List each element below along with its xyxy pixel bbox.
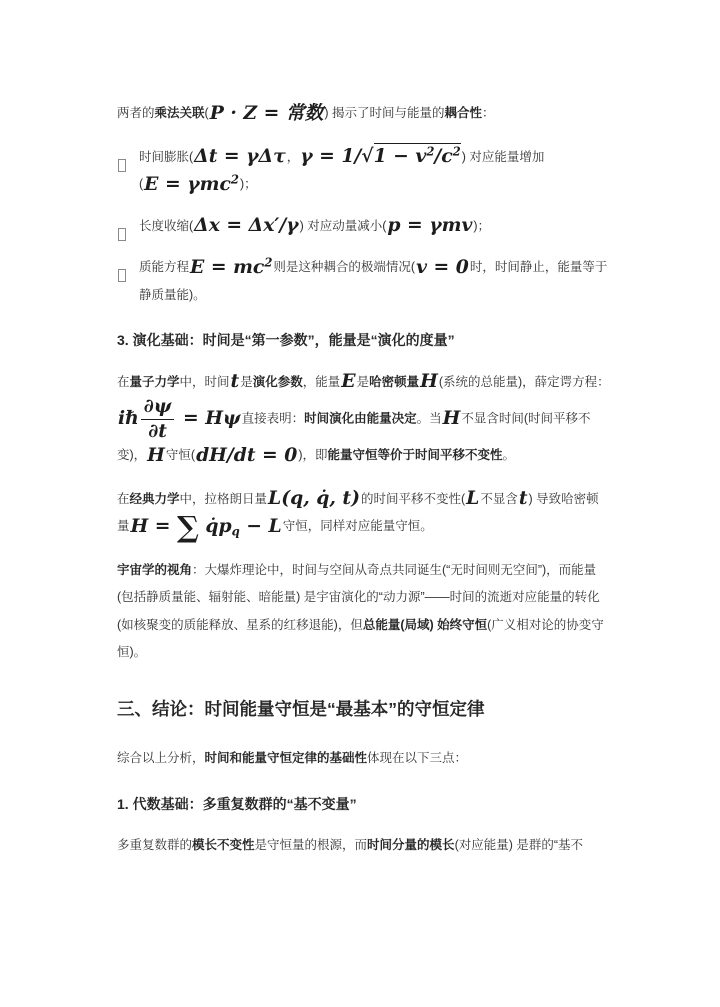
- text-run: 长度收缩(: [139, 219, 193, 233]
- section-heading-minor: 3. 演化基础：时间是“第一参数”，能量是“演化的度量”: [117, 331, 610, 351]
- paragraph: 在量子力学中，时间t是演化参数，能量E是哈密顿量H(系统的总能量)，薛定谔方程：…: [117, 369, 610, 470]
- inline-formula-sqrt: γ = 1/√1 − v2/c2: [299, 145, 462, 167]
- text-run: 。: [503, 448, 516, 462]
- text-run: 则是这种耦合的极端情况(: [273, 260, 415, 274]
- inline-formula: Δt = γΔτ: [193, 145, 287, 167]
- text-run: 是: [357, 375, 370, 389]
- inline-formula: L: [465, 487, 480, 509]
- text-run: 守恒(: [166, 448, 195, 462]
- bold-text-run: 时间和能量守恒定律的基础性: [205, 751, 368, 765]
- bold-text-run: 哈密顿量: [369, 375, 419, 389]
- bold-text-run: 乘法关联: [155, 106, 205, 120]
- inline-formula: L(q, q̇, t): [267, 487, 361, 509]
- bold-text-run: 时间分量的模长: [367, 838, 455, 852]
- list-item: 长度收缩(Δx = Δx′/γ) 对应动量减小(p = γmv)；: [117, 213, 610, 241]
- text-run: 体现在以下三点：: [367, 751, 467, 765]
- bold-text-run: 能量守恒等价于时间平移不变性: [328, 448, 503, 462]
- inline-formula: P · Z = 常数: [209, 102, 325, 124]
- text-run: ) 揭示了时间与能量的: [324, 106, 444, 120]
- text-run: 守恒，同样对应能量守恒。: [283, 519, 433, 533]
- text-run: 。当: [417, 412, 442, 426]
- text-run: 不显含: [480, 492, 518, 506]
- text-run: (对应能量) 是群的“基不: [455, 838, 583, 852]
- text-run: (系统的总能量)，薛定谔方程：: [439, 375, 610, 389]
- text-run: 多重复数群的: [117, 838, 192, 852]
- fraction-denominator: ∂t: [141, 420, 175, 443]
- missing-glyph-bullet-icon: [118, 269, 126, 282]
- fraction-numerator: ∂ψ: [141, 396, 175, 420]
- inline-formula: dH/dt = 0: [195, 444, 298, 466]
- bold-text-run: 经典力学: [130, 492, 180, 506]
- text-run: 时间膨胀(: [139, 150, 193, 164]
- document-content-column: 两者的乘法关联(P · Z = 常数) 揭示了时间与能量的耦合性：时间膨胀(Δt…: [0, 0, 720, 860]
- paragraph: 综合以上分析，时间和能量守恒定律的基础性体现在以下三点：: [117, 745, 610, 773]
- bold-text-run: 时间演化由能量决定: [304, 412, 417, 426]
- text-run: )；: [240, 177, 257, 191]
- text-run: 在: [117, 492, 130, 506]
- bullet-list: 时间膨胀(Δt = γΔτ，γ = 1/√1 − v2/c2) 对应能量增加(E…: [117, 144, 610, 310]
- paragraph: 在经典力学中，拉格朗日量L(q, q̇, t)的时间平移不变性(L不显含t) 导…: [117, 486, 610, 541]
- paragraph: 两者的乘法关联(P · Z = 常数) 揭示了时间与能量的耦合性：: [117, 100, 610, 128]
- inline-formula: Δx = Δx′/γ: [193, 214, 299, 236]
- list-item: 质能方程E = mc2则是这种耦合的极端情况(v = 0时，时间静止，能量等于静…: [117, 254, 610, 309]
- text-run: ) 对应动量减小(: [300, 219, 387, 233]
- text-run: )；: [473, 219, 490, 233]
- list-item: 时间膨胀(Δt = γΔτ，γ = 1/√1 − v2/c2) 对应能量增加(E…: [117, 144, 610, 199]
- section-heading-major: 三、结论：时间能量守恒是“最基本”的守恒定律: [117, 697, 610, 722]
- inline-formula: v = 0: [415, 256, 470, 278]
- inline-formula: E: [340, 370, 356, 392]
- text-run: 是守恒量的根源，而: [255, 838, 368, 852]
- text-run: 质能方程: [139, 260, 189, 274]
- text-run: 的时间平移不变性(: [361, 492, 465, 506]
- text-run: 在: [117, 375, 130, 389]
- inline-formula-sum: H = ∑ q̇pq − L: [130, 515, 283, 537]
- radicand: 1 − v2/c2: [374, 143, 461, 167]
- inline-formula: p = γmv: [386, 214, 473, 236]
- inline-formula: H: [146, 444, 166, 466]
- text-run: 中，拉格朗日量: [180, 492, 268, 506]
- bold-text-run: 演化参数: [253, 375, 303, 389]
- text-run: ，: [287, 150, 300, 164]
- text-run: 中，时间: [180, 375, 230, 389]
- inline-formula: E = mc2: [189, 256, 273, 278]
- bold-text-run: 宇宙学的视角: [117, 563, 192, 577]
- missing-glyph-bullet-icon: [118, 159, 126, 172]
- bold-text-run: 量子力学: [130, 375, 180, 389]
- section-heading-minor: 1. 代数基础：多重复数群的“基不变量”: [117, 795, 610, 815]
- inline-formula: H: [419, 370, 439, 392]
- text-run: 直接表明：: [242, 412, 305, 426]
- text-run: 是: [240, 375, 253, 389]
- bold-text-run: 模长不变性: [192, 838, 255, 852]
- bold-text-run: 耦合性: [444, 106, 482, 120]
- inline-formula: E = γmc2: [143, 173, 240, 195]
- summation-sign-icon: ∑: [177, 516, 199, 539]
- fraction: ∂ψ∂t: [141, 396, 175, 442]
- inline-formula: H: [442, 407, 462, 429]
- document-page: 两者的乘法关联(P · Z = 常数) 揭示了时间与能量的耦合性：时间膨胀(Δt…: [0, 0, 720, 1007]
- inline-formula-fraction: iℏ∂ψ∂t = Hψ: [117, 407, 242, 429]
- bold-text-run: 总能量(局域) 始终守恒: [363, 618, 487, 632]
- text-run: ，能量: [303, 375, 341, 389]
- paragraph: 多重复数群的模长不变性是守恒量的根源，而时间分量的模长(对应能量) 是群的“基不: [117, 832, 610, 860]
- inline-formula: t: [230, 370, 241, 392]
- missing-glyph-bullet-icon: [118, 228, 126, 241]
- text-run: 综合以上分析，: [117, 751, 205, 765]
- text-run: 两者的: [117, 106, 155, 120]
- paragraph: 宇宙学的视角：大爆炸理论中，时间与空间从奇点共同诞生(“无时间则无空间”)，而能…: [117, 557, 610, 667]
- inline-formula: t: [518, 487, 529, 509]
- text-run: ：: [482, 106, 495, 120]
- radical-sign-icon: √: [361, 145, 373, 167]
- text-run: )，即: [298, 448, 327, 462]
